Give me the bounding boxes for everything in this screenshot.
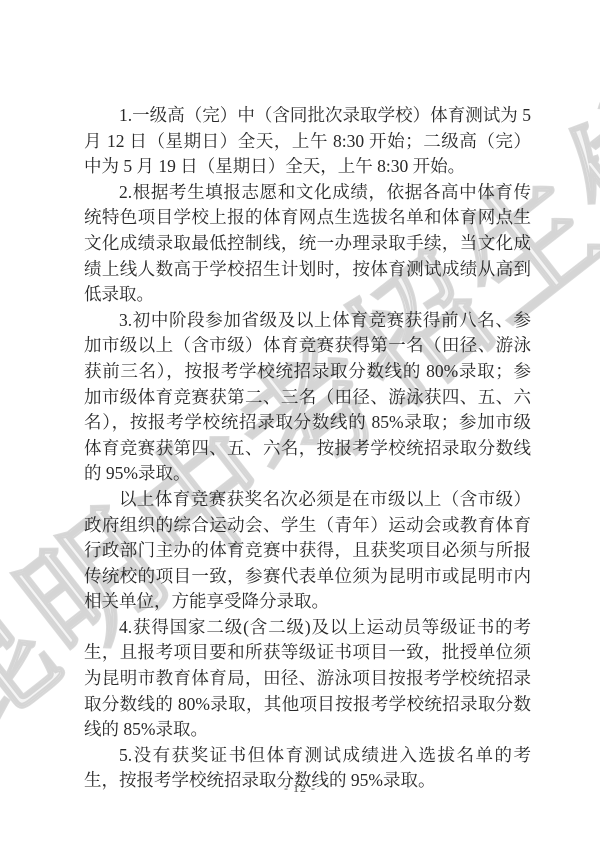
page-number: - 12 - bbox=[0, 781, 600, 796]
paragraph-athlete-certificates: 4.获得国家二级(含二级)及以上运动员等级证书的考生，且报考项目要和所获等级证书… bbox=[84, 615, 531, 743]
document-page: 昆明中考招生信息 1.一级高（完）中（含同批次录取学校）体育测试为 5 月 12… bbox=[0, 0, 600, 848]
document-body: 1.一级高（完）中（含同批次录取学校）体育测试为 5 月 12 日（星期日）全天… bbox=[84, 103, 531, 794]
paragraph-award-requirements: 以上体育竞赛获奖名次必须是在市级以上（含市级）政府组织的综合运动会、学生（青年）… bbox=[84, 487, 531, 615]
paragraph-test-dates: 1.一级高（完）中（含同批次录取学校）体育测试为 5 月 12 日（星期日）全天… bbox=[84, 103, 531, 180]
paragraph-admission-procedure: 2.根据考生填报志愿和文化成绩，依据各高中体育传统特色项目学校上报的体育网点生选… bbox=[84, 180, 531, 308]
paragraph-competition-rankings: 3.初中阶段参加省级及以上体育竞赛获得前八名、参加市级以上（含市级）体育竞赛获得… bbox=[84, 308, 531, 487]
